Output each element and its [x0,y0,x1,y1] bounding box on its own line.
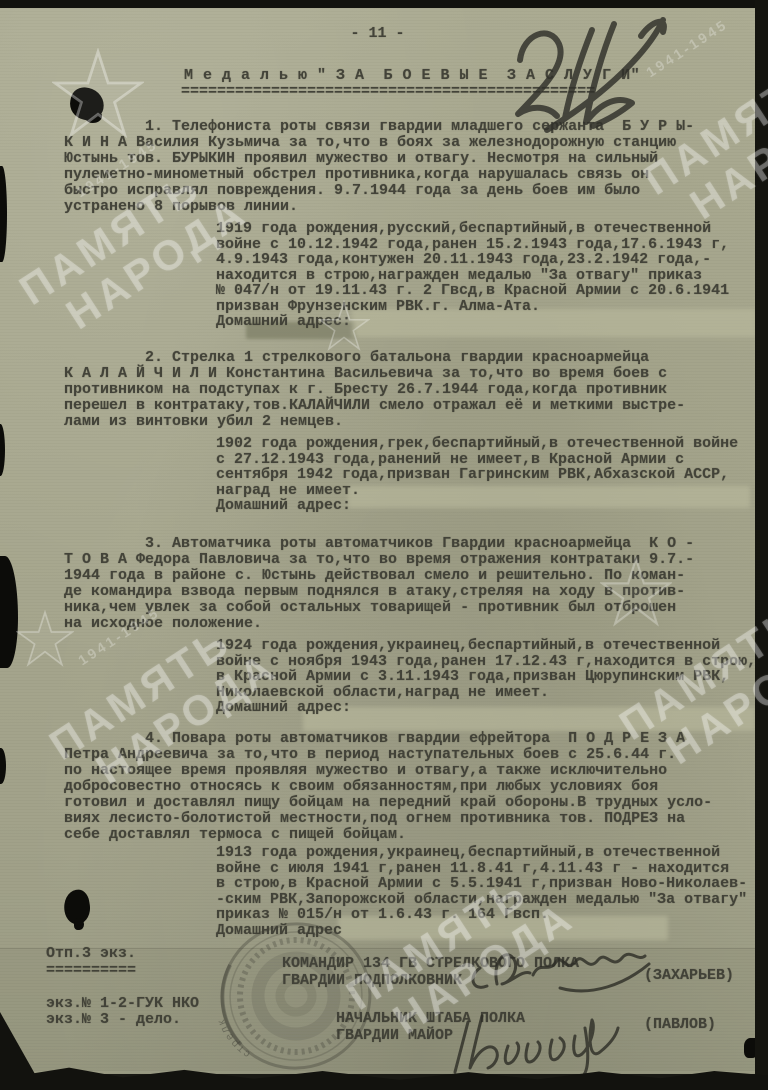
star-watermark-icon [52,48,144,140]
title-underline: ========================================… [181,84,595,100]
copies-note: Отп.3 экз. ========== экз.№ 1-2-ГУК НКО … [46,946,199,1029]
star-watermark-icon [600,556,672,628]
commander-name: (ЗАХАРЬЕВ) [644,968,734,984]
entry-2-citation: 2. Стрелка 1 стрелкового батальона гвард… [64,350,685,430]
star-watermark-icon [318,300,370,352]
entry-2-bio: 1902 года рождения,грек,беспартийный,в о… [216,436,738,514]
ink-blot [74,918,84,930]
entry-1-bio: 1919 года рождения,русский,беспартийный,… [216,221,729,330]
chief-of-staff-name: (ПАВЛОВ) [644,1017,716,1033]
document-title: М е д а л ь ю " З А Б О Е В Ы Е З А С Л … [184,68,640,84]
document-page: - 11 - М е д а л ь ю " З А Б О Е В Ы Е З… [0,0,768,1090]
scan-edge [0,0,768,8]
page-number: - 11 - [0,26,755,42]
star-watermark-icon [16,610,74,668]
